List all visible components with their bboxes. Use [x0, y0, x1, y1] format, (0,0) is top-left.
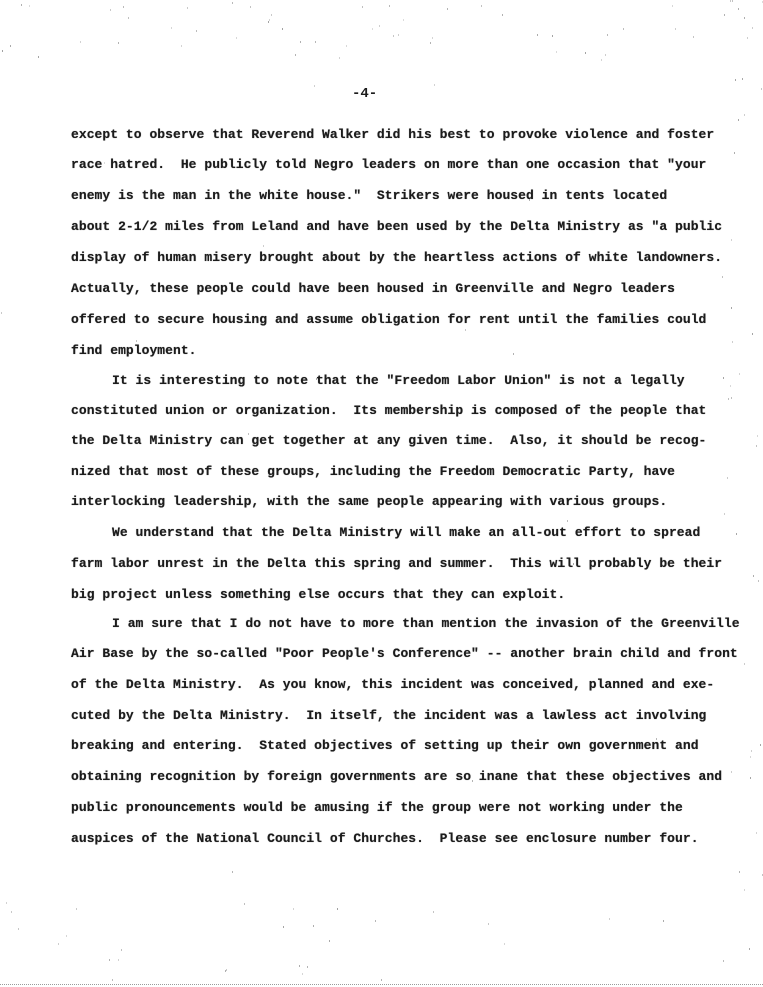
text-line: breaking and entering. Stated objectives… [71, 738, 699, 754]
scan-speck [739, 871, 740, 873]
scan-speck [226, 969, 227, 971]
scan-speck [465, 329, 466, 331]
scan-speck [730, 0, 731, 2]
scan-speck [271, 14, 272, 16]
scan-speck [1, 312, 2, 314]
scan-speck [329, 940, 330, 942]
scan-speck [225, 970, 226, 972]
text-line: farm labor unrest in the Delta this spri… [71, 556, 722, 572]
text-line: Air Base by the so-called "Poor People's… [71, 646, 738, 662]
scan-speck [750, 756, 751, 758]
scan-speck [337, 908, 338, 910]
scan-speck [488, 923, 489, 925]
scan-speck [109, 959, 110, 961]
scan-speck [723, 377, 724, 379]
scan-speck [181, 45, 182, 47]
scan-speck [607, 34, 608, 36]
scan-speck [430, 42, 431, 44]
text-line: race hatred. He publicly told Negro lead… [71, 157, 706, 173]
scan-speck [722, 276, 723, 278]
scan-speck [110, 9, 111, 11]
scan-speck [268, 21, 269, 23]
scan-speck [389, 5, 390, 7]
scan-speck [761, 88, 762, 90]
scan-speck [10, 45, 11, 47]
scan-speck [313, 925, 314, 927]
scan-speck [244, 903, 245, 905]
scan-speck [756, 832, 757, 834]
scan-speck [727, 477, 728, 479]
scan-speck [136, 340, 137, 342]
scan-speck [753, 575, 754, 577]
scan-speck [760, 744, 761, 746]
scan-speck [758, 580, 759, 582]
text-line: find employment. [71, 343, 197, 359]
scan-speck [751, 750, 752, 752]
scan-speck [502, 14, 503, 16]
page-bottom-edge [0, 984, 763, 986]
text-line: enemy is the man in the white house." St… [71, 188, 667, 204]
text-line: constituted union or organization. Its m… [71, 403, 706, 419]
scan-speck [735, 79, 736, 81]
scan-speck [605, 54, 606, 56]
scan-speck [58, 943, 59, 945]
scan-speck [307, 966, 308, 968]
scan-speck [513, 353, 514, 355]
text-line: Actually, these people could have been h… [71, 281, 675, 297]
scan-speck [38, 56, 39, 58]
scan-speck [732, 0, 733, 2]
scan-speck [675, 28, 676, 30]
scan-speck [731, 307, 732, 309]
scan-speck [315, 41, 316, 43]
scan-speck [6, 902, 7, 904]
text-line: except to observe that Reverend Walker d… [71, 127, 714, 143]
scan-speck [432, 37, 433, 39]
text-line: about 2-1/2 miles from Leland and have b… [71, 219, 722, 235]
scan-speck [339, 57, 340, 59]
scan-speck [757, 435, 758, 437]
scan-speck [731, 771, 732, 773]
scan-speck [21, 4, 22, 6]
scan-speck [750, 777, 751, 779]
scan-speck [171, 27, 172, 29]
scan-speck [567, 520, 568, 522]
scan-speck [556, 51, 557, 53]
scan-speck [299, 965, 300, 967]
scan-speck [187, 7, 188, 9]
scan-speck [283, 926, 284, 928]
scan-speck [128, 17, 129, 19]
text-line: public pronouncements would be amusing i… [71, 800, 683, 816]
scan-speck [552, 35, 553, 37]
scan-speck [434, 84, 435, 86]
scan-speck [118, 959, 119, 961]
text-line: obtaining recognition by foreign governm… [71, 769, 722, 785]
scan-speck [447, 8, 448, 10]
page-number: -4- [352, 86, 377, 102]
scan-speck [609, 918, 610, 920]
scan-speck [744, 17, 745, 19]
text-line: I am sure that I do not have to more tha… [112, 616, 740, 632]
scan-speck [672, 5, 673, 7]
scan-speck [300, 41, 301, 43]
scan-speck [738, 119, 739, 121]
scan-speck [123, 6, 124, 8]
text-line: offered to secure housing and assume obl… [71, 312, 706, 328]
scan-speck [362, 6, 363, 8]
scan-speck [18, 928, 19, 930]
scan-speck [744, 663, 745, 665]
text-line: display of human misery brought about by… [71, 250, 722, 266]
text-line: It is interesting to note that the "Free… [112, 373, 685, 389]
scan-speck [731, 239, 732, 241]
scan-speck [250, 6, 251, 8]
scan-speck [121, 949, 122, 951]
text-line: nized that most of these groups, includi… [71, 464, 675, 480]
scan-speck [263, 245, 264, 247]
scan-speck [398, 34, 399, 36]
scan-speck [269, 19, 270, 21]
scan-speck [601, 59, 602, 61]
scan-speck [623, 28, 624, 30]
scan-speck [66, 935, 67, 937]
scan-speck [403, 19, 404, 21]
scan-speck [2, 50, 3, 52]
scan-speck [585, 52, 586, 54]
scan-speck [752, 333, 753, 335]
scan-speck [537, 34, 538, 36]
scan-speck [29, 5, 30, 7]
scan-speck [734, 152, 735, 154]
scan-speck [732, 341, 733, 343]
scan-speck [724, 513, 725, 515]
scan-speck [196, 30, 197, 32]
text-line: cuted by the Delta Ministry. In itself, … [71, 708, 706, 724]
scan-speck [80, 41, 81, 43]
scan-speck [730, 385, 731, 387]
scan-speck [736, 533, 737, 535]
text-line: big project unless something else occurs… [71, 587, 565, 603]
scan-speck [744, 114, 745, 116]
scan-speck [76, 908, 77, 910]
scan-speck [739, 373, 740, 375]
scan-speck [728, 398, 729, 400]
scan-speck [379, 25, 380, 27]
scan-speck [314, 85, 315, 87]
scan-speck [693, 36, 694, 38]
scan-speck [744, 889, 745, 891]
scan-speck [295, 54, 296, 56]
scan-speck [372, 28, 373, 30]
scan-speck [724, 14, 725, 16]
scan-speck [738, 8, 739, 10]
scan-speck [731, 397, 732, 399]
scan-speck [756, 445, 757, 447]
scan-speck [118, 42, 119, 44]
text-line: of the Delta Ministry. As you know, this… [71, 677, 714, 693]
scan-speck [393, 35, 394, 37]
scan-speck [302, 973, 303, 975]
scan-speck [749, 948, 750, 950]
scan-speck [723, 960, 724, 962]
text-line: interlocking leadership, with the same p… [71, 494, 667, 510]
scan-speck [481, 5, 482, 7]
text-line: We understand that the Delta Ministry wi… [112, 525, 700, 541]
scan-speck [504, 943, 505, 945]
scan-speck [747, 37, 748, 39]
scan-speck [381, 979, 382, 981]
scan-speck [346, 45, 347, 47]
document-page: -4- except to observe that Reverend Walk… [0, 0, 763, 987]
scan-speck [232, 871, 233, 873]
scan-speck [375, 920, 376, 922]
scan-speck [742, 78, 743, 80]
scan-speck [663, 920, 664, 922]
scan-speck [293, 908, 294, 910]
scan-speck [232, 2, 233, 4]
scan-speck [752, 27, 753, 29]
scan-speck [236, 37, 237, 39]
scan-speck [282, 28, 283, 30]
scan-speck [112, 979, 113, 981]
text-line: auspices of the National Council of Chur… [71, 831, 699, 847]
scan-speck [433, 911, 434, 913]
scan-speck [11, 911, 12, 913]
text-line: the Delta Ministry can get together at a… [71, 433, 706, 449]
